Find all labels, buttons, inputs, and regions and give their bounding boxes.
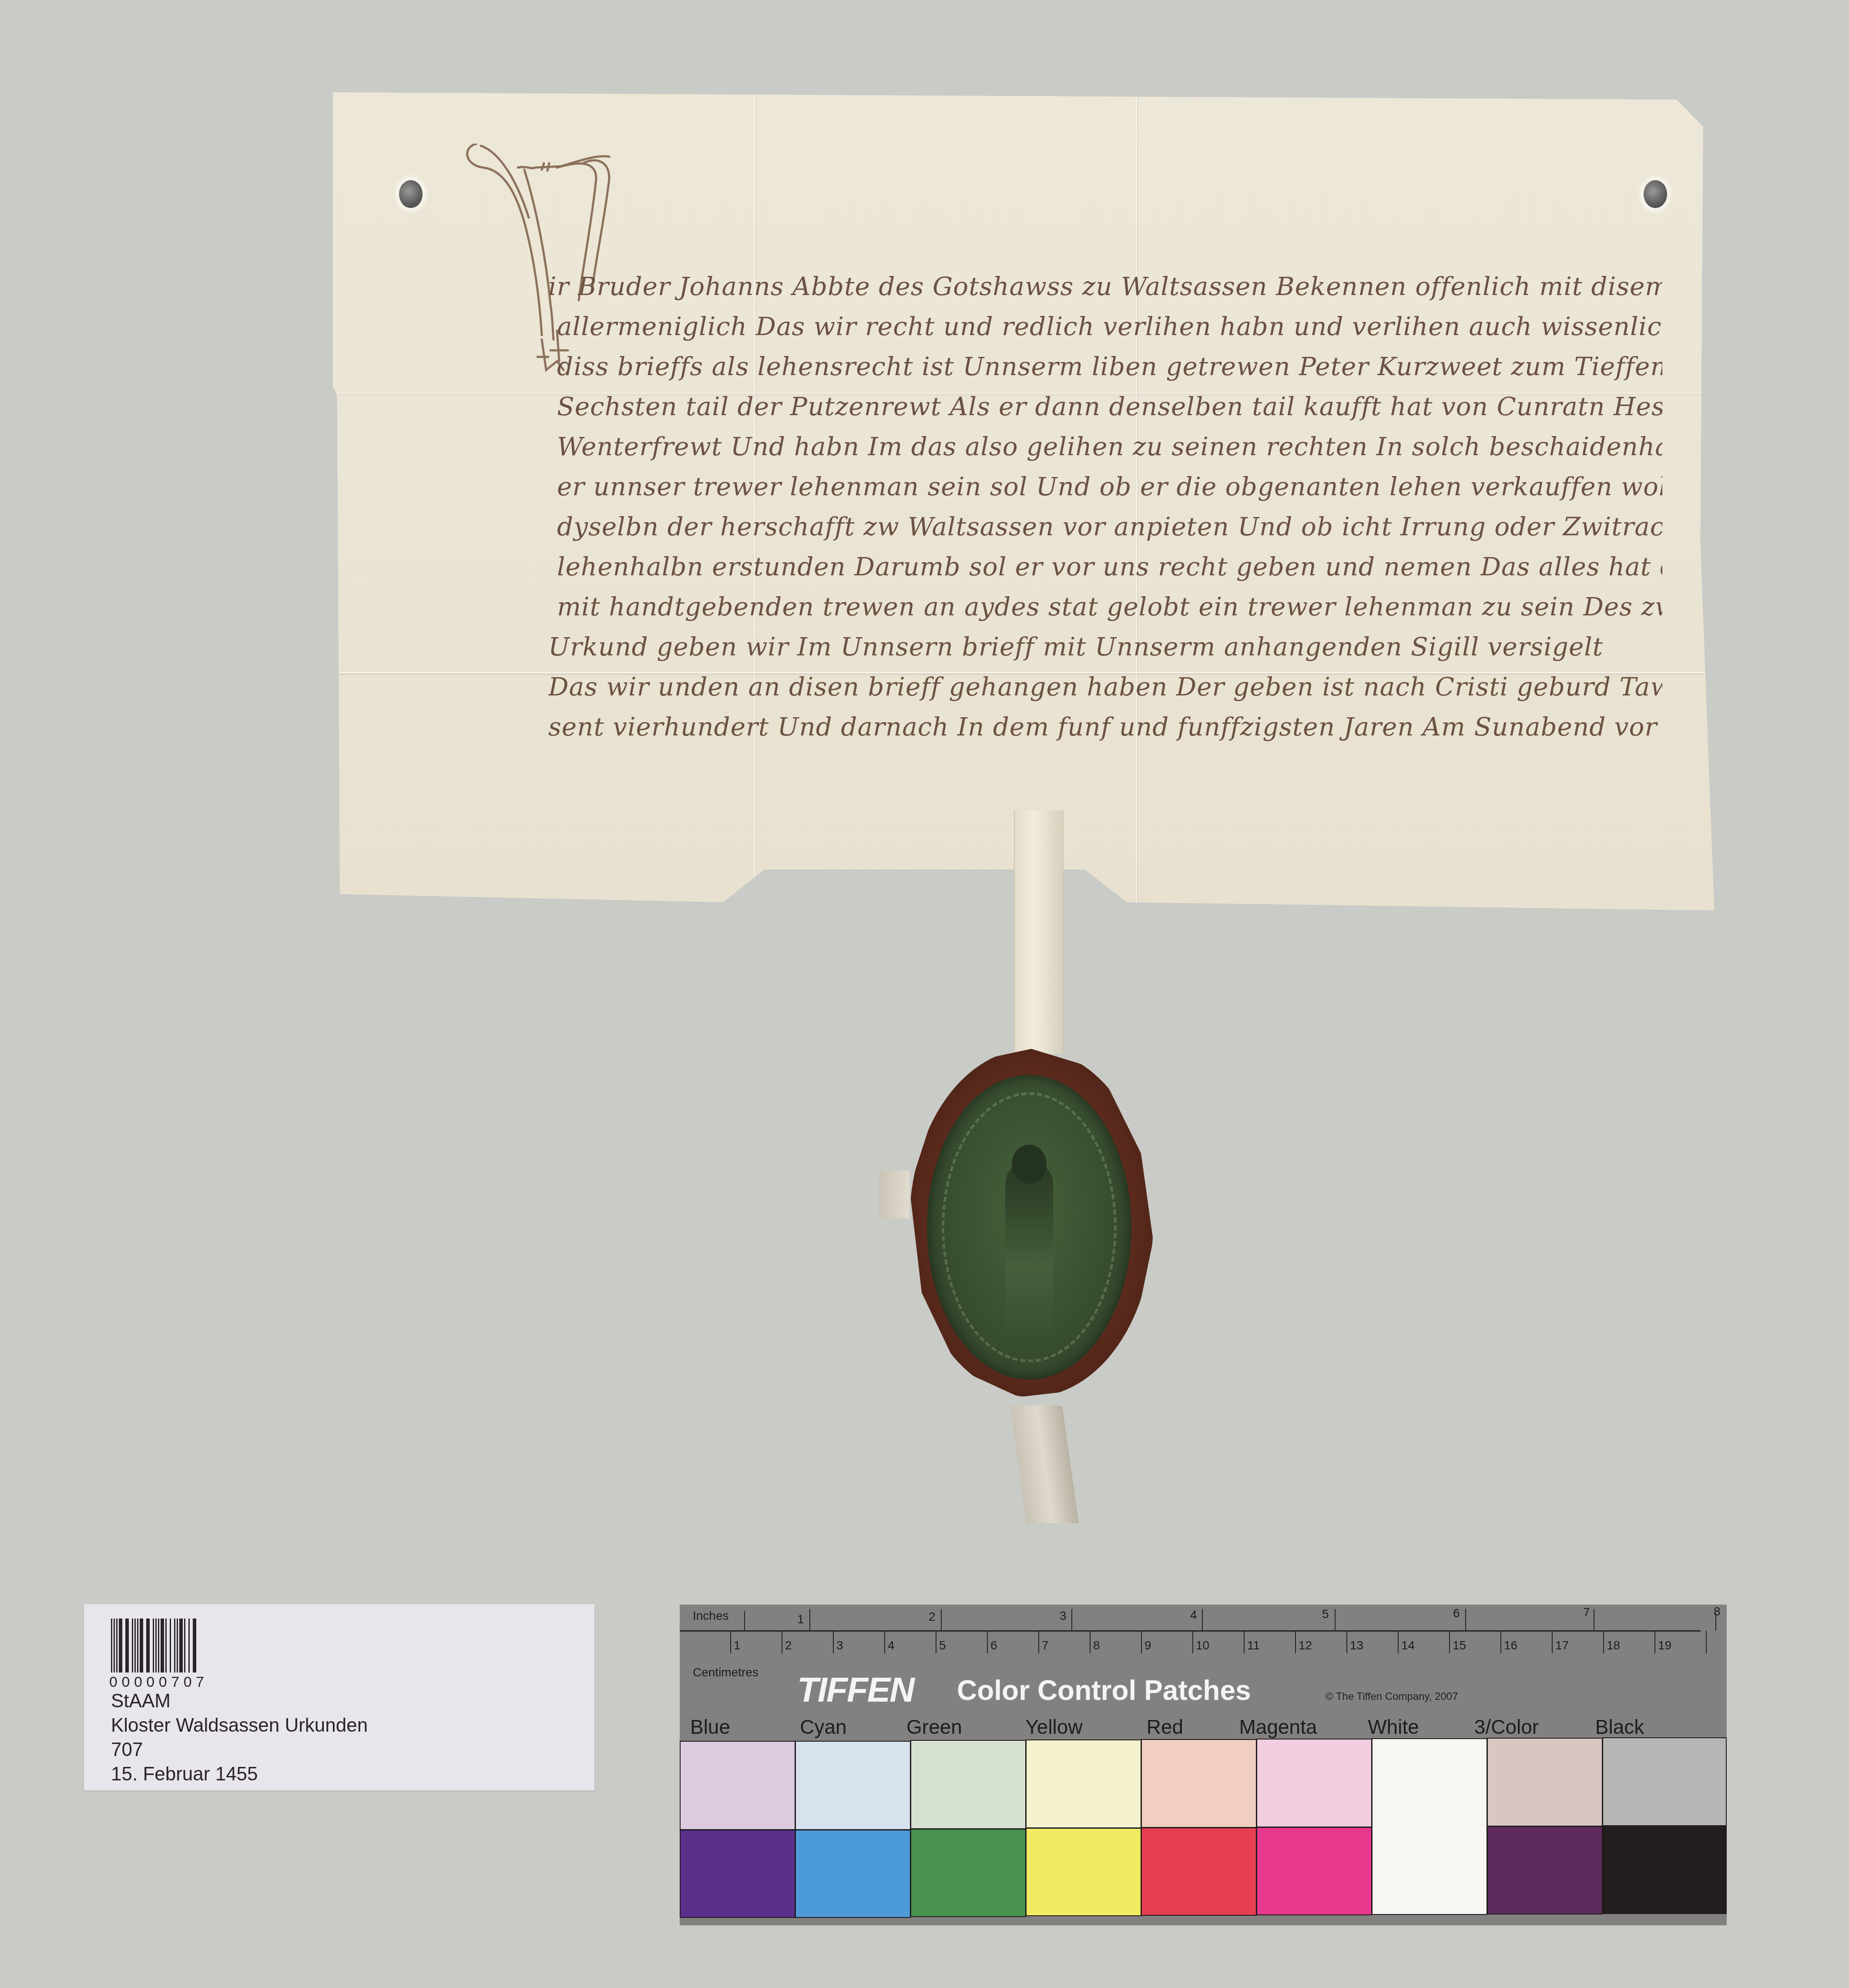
- seal-strap-end: [1010, 1406, 1079, 1523]
- patch-label-green: Green: [878, 1715, 991, 1739]
- barcode-digit: 7: [196, 1674, 205, 1691]
- inch-mark: 7: [1583, 1605, 1590, 1619]
- inches-label: Inches: [693, 1609, 729, 1623]
- patch-yellow-dark: [1026, 1828, 1141, 1916]
- ruler-tick: [1071, 1609, 1072, 1631]
- archive-label: 0 0 0 0 0 7 0 7 StAAM Kloster Waldsassen…: [84, 1604, 594, 1790]
- barcode-digit: 0: [134, 1674, 143, 1691]
- inch-mark: 8: [1714, 1605, 1721, 1619]
- ruler-tick: [884, 1631, 885, 1653]
- patch-yellow-light: [1026, 1739, 1141, 1828]
- wax-seal: [909, 1049, 1153, 1397]
- ruler-tick: [1500, 1631, 1501, 1653]
- ruler-tick: [782, 1631, 782, 1653]
- ruler-tick: [1295, 1631, 1296, 1653]
- patch-black-dark: [1602, 1826, 1727, 1914]
- patch-label-black: Black: [1563, 1715, 1676, 1739]
- cm-mark: 4: [888, 1639, 895, 1652]
- mounting-grommet-icon: [1643, 179, 1668, 209]
- inch-mark: 3: [1060, 1609, 1067, 1623]
- patch-cyan-dark: [795, 1830, 911, 1918]
- ruler-tick: [1465, 1609, 1466, 1631]
- ruler-tick: [936, 1631, 936, 1653]
- patch-blue-dark: [680, 1830, 795, 1918]
- barcode-digit: 0: [121, 1674, 131, 1691]
- ruler-tick: [1449, 1631, 1450, 1653]
- charter-text: ir Bruder Johanns Abbte des Gotshawss zu…: [548, 266, 1662, 747]
- centimetres-label: Centimetres: [693, 1666, 758, 1679]
- seal-strap-tab: [879, 1171, 909, 1219]
- ruler-tick: [941, 1609, 942, 1631]
- color-control-card: Inches 1 2 3 4 5 6 7 8 12345678910111213…: [680, 1605, 1727, 1925]
- barcode-digit: 0: [146, 1674, 155, 1691]
- ruler-tick: [833, 1631, 834, 1653]
- ruler-tick: [730, 1631, 731, 1653]
- cm-mark: 17: [1555, 1639, 1569, 1652]
- patch-label-magenta: Magenta: [1221, 1715, 1335, 1739]
- cm-mark: 19: [1658, 1639, 1671, 1652]
- inch-mark: 4: [1190, 1608, 1197, 1622]
- inch-mark: 2: [929, 1610, 936, 1624]
- cm-mark: 16: [1504, 1639, 1517, 1652]
- inch-mark: 5: [1322, 1607, 1329, 1621]
- patch-red-dark: [1141, 1827, 1257, 1916]
- ruler-tick: [1398, 1631, 1399, 1653]
- cm-mark: 8: [1093, 1639, 1100, 1652]
- patch-3color-light: [1487, 1738, 1603, 1827]
- cm-mark: 12: [1299, 1639, 1312, 1652]
- cm-mark: 6: [990, 1639, 997, 1652]
- barcode-icon: [111, 1619, 196, 1672]
- text-line: diss brieffs als lehensrecht ist Unnserm…: [548, 346, 1662, 386]
- ruler-tick: [1594, 1609, 1594, 1631]
- ruler-tick: [987, 1631, 988, 1653]
- ruler-tick: [1244, 1631, 1245, 1653]
- text-line: Wenterfrewt Und habn Im das also gelihen…: [548, 426, 1662, 467]
- cm-mark: 5: [939, 1639, 946, 1652]
- seal-figure-icon: [1005, 1162, 1053, 1336]
- ruler-tick: [809, 1609, 810, 1631]
- ruler-tick: [1552, 1631, 1553, 1653]
- cm-mark: 7: [1042, 1639, 1049, 1652]
- text-line: mit handtgebenden trewen an aydes stat g…: [548, 587, 1662, 627]
- barcode-digit: 7: [171, 1674, 180, 1691]
- copyright: © The Tiffen Company, 2007: [1326, 1691, 1458, 1703]
- seal-strap: [1014, 810, 1064, 1054]
- ruler-tick: [1335, 1609, 1336, 1631]
- inch-mark: 6: [1453, 1606, 1460, 1620]
- ruler-tick: [1706, 1631, 1707, 1653]
- barcode-digit: 0: [109, 1674, 118, 1691]
- document-date: 15. Februar 1455: [111, 1763, 258, 1785]
- ruler-tick: [1192, 1631, 1193, 1653]
- text-line: Sechsten tail der Putzenrewt Als er dann…: [548, 386, 1662, 426]
- cm-mark: 15: [1453, 1639, 1466, 1652]
- ruler-tick: [1603, 1631, 1604, 1653]
- patch-label-3color: 3/Color: [1450, 1715, 1563, 1739]
- cm-mark: 2: [785, 1639, 792, 1652]
- cm-mark: 1: [734, 1639, 741, 1652]
- cm-mark: 9: [1144, 1639, 1151, 1652]
- ruler-tick: [1654, 1631, 1655, 1653]
- patch-green-light: [910, 1740, 1026, 1829]
- text-line: ir Bruder Johanns Abbte des Gotshawss zu…: [548, 266, 1662, 306]
- barcode-digit: 0: [159, 1674, 168, 1691]
- barcode-digit: 0: [184, 1674, 193, 1691]
- cm-mark: 3: [836, 1639, 843, 1652]
- text-line: Urkund geben wir Im Unnsern brieff mit U…: [548, 627, 1662, 667]
- ruler-tick: [1202, 1609, 1203, 1631]
- text-line: allermeniglich Das wir recht und redlich…: [548, 306, 1662, 346]
- ruler-tick: [1038, 1631, 1039, 1653]
- archive-name: StAAM: [111, 1690, 171, 1712]
- ruler-tick: [1090, 1631, 1091, 1653]
- inch-mark: 1: [797, 1612, 804, 1626]
- patch-magenta-light: [1256, 1739, 1372, 1827]
- seal-figure-head-icon: [1012, 1145, 1047, 1184]
- seal-face: [927, 1075, 1131, 1380]
- charter-parchment: ir Bruder Johanns Abbte des Gotshawss zu…: [333, 92, 1725, 910]
- cm-mark: 13: [1350, 1639, 1363, 1652]
- patch-label-white: White: [1337, 1715, 1450, 1739]
- patch-red-light: [1141, 1739, 1257, 1828]
- cm-mark: 18: [1607, 1639, 1620, 1652]
- text-line: sent vierhundert Und darnach In dem funf…: [548, 707, 1662, 747]
- patch-cyan-light: [795, 1741, 911, 1830]
- patch-magenta-dark: [1256, 1827, 1372, 1915]
- text-line: dyselbn der herschafft zw Waltsassen vor…: [548, 507, 1662, 547]
- patch-label-blue: Blue: [654, 1715, 767, 1739]
- cm-mark: 10: [1196, 1639, 1209, 1652]
- text-line: Das wir unden an disen brieff gehangen h…: [548, 667, 1662, 707]
- patch-blue-light: [680, 1741, 795, 1830]
- text-line: er unnser trewer lehenman sein sol Und o…: [548, 467, 1662, 507]
- patch-label-red: Red: [1108, 1715, 1221, 1739]
- mounting-grommet-icon: [398, 179, 423, 209]
- barcode-number: 0 0 0 0 0 7 0 7: [109, 1674, 205, 1691]
- document-number: 707: [111, 1739, 143, 1761]
- patch-black-light: [1602, 1737, 1727, 1826]
- collection-name: Kloster Waldsassen Urkunden: [111, 1715, 368, 1736]
- tiffen-logo: TIFFEN: [797, 1670, 914, 1710]
- patch-green-dark: [910, 1829, 1026, 1917]
- ruler-tick: [744, 1611, 745, 1631]
- text-line: lehenhalbn erstunden Darumb sol er vor u…: [548, 547, 1662, 587]
- cm-mark: 14: [1401, 1639, 1415, 1652]
- ruler-tick: [1346, 1631, 1347, 1653]
- card-title: Color Control Patches: [957, 1674, 1251, 1706]
- patch-label-yellow: Yellow: [997, 1715, 1111, 1739]
- cm-mark: 11: [1247, 1639, 1260, 1652]
- patch-label-cyan: Cyan: [767, 1715, 880, 1739]
- patch-3color-dark: [1487, 1826, 1603, 1914]
- patch-white: [1372, 1738, 1487, 1915]
- ruler-tick: [1141, 1631, 1142, 1653]
